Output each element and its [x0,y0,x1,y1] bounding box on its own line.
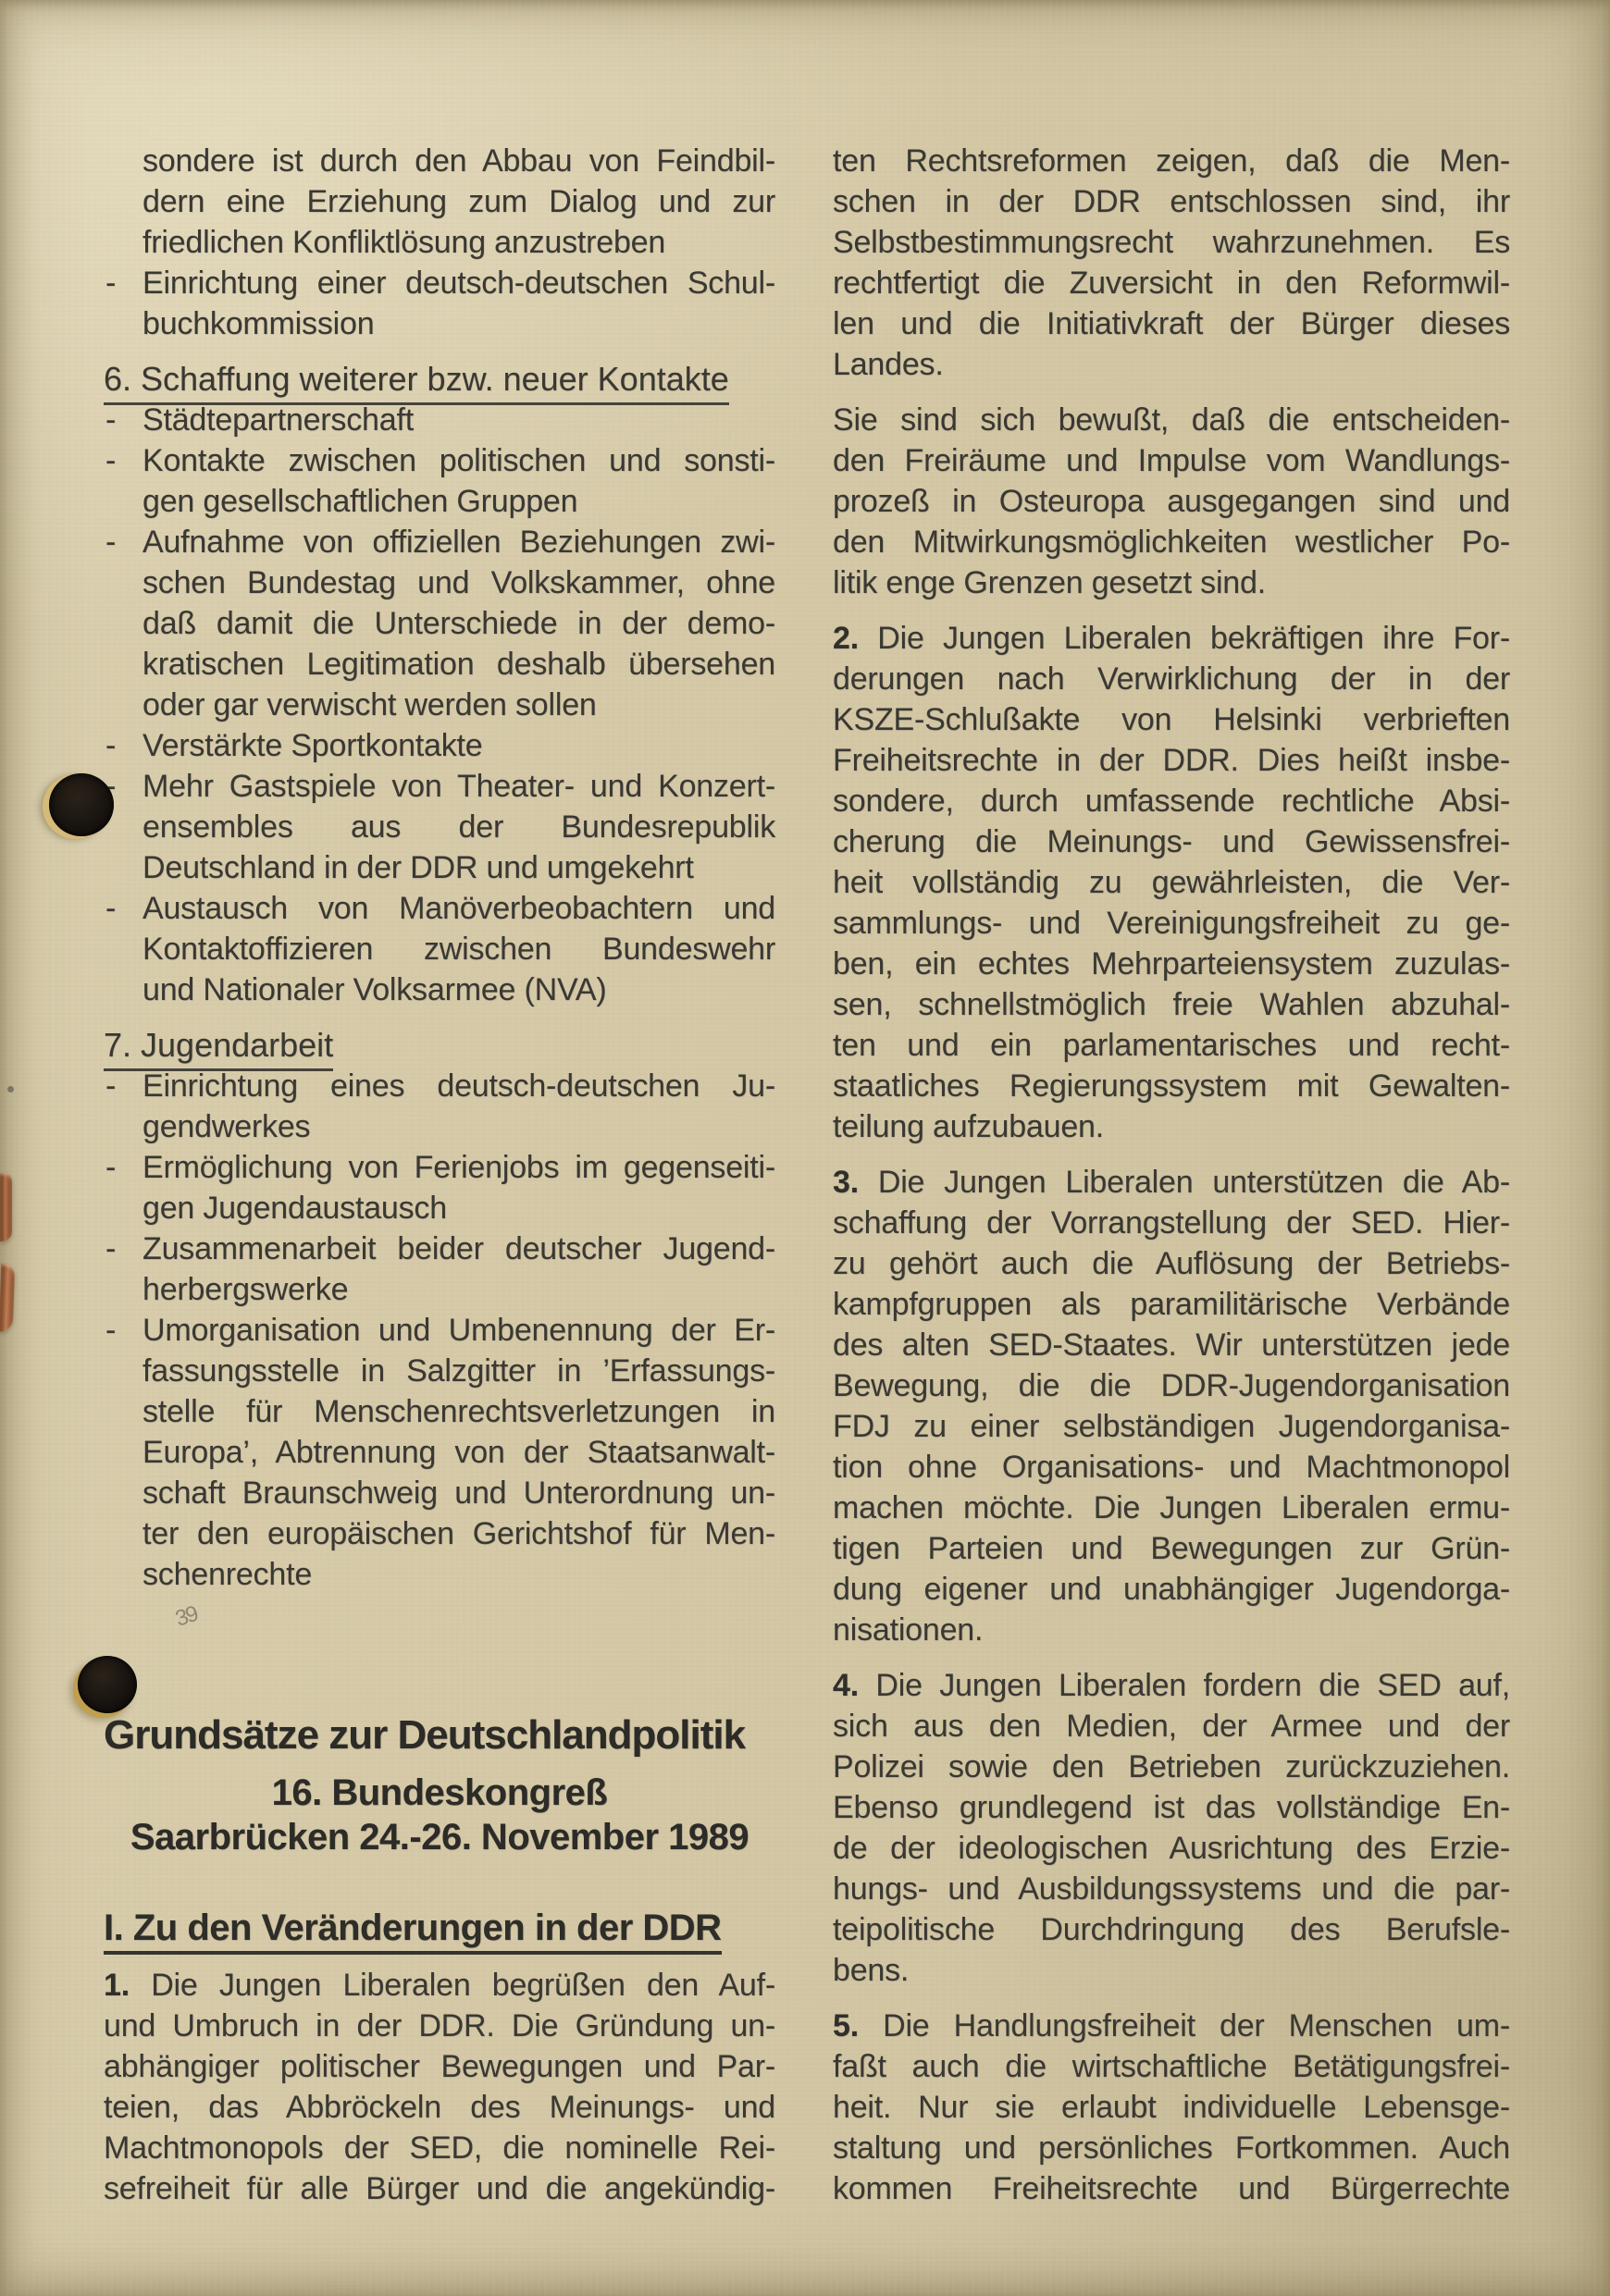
text-line: Austausch von Manöverbeobachtern und [142,888,775,929]
text-line: gendwerkes [142,1106,775,1147]
bullet-dash: - [104,1228,142,1269]
text-line: schenrechte [142,1554,775,1595]
text-line: 2. Die Jungen Liberalen bekräftigen ihre… [833,618,1510,659]
paragraph-4: 4. Die Jungen Liberalen fordern die SED … [833,1665,1510,1991]
text-line: stelle für Menschenrechtsverletzungen in [142,1391,775,1432]
text-line: herbergswerke [142,1269,775,1310]
bullet-dash: - [104,1147,142,1188]
text-line: Deutschland in der DDR und umgekehrt [142,847,775,888]
text-line: schen Bundestag und Volkskammer, ohne [142,562,775,603]
bullet-dash: - [104,725,142,766]
text-line: kratischen Legitimation deshalb übersehe… [142,644,775,685]
bullet-dash: - [104,888,142,929]
heading-neue-kontakte: 6. Schaffung weiterer bzw. neuer Kontakt… [104,359,775,400]
document-title: Grundsätze zur Deutschlandpolitik [104,1711,775,1759]
bullet-jugendherbergswerke: -Zusammenarbeit beider deutscher Jugend-… [104,1228,775,1310]
text-line: Sie sind sich bewußt, daß die entscheide… [833,400,1510,440]
text-line: Mehr Gastspiele von Theater- und Konzert… [142,766,775,807]
text-line: gen Jugendaustausch [142,1188,775,1228]
text-line: faßt auch die wirtschaftliche Betätigung… [833,2046,1510,2087]
bullet-sportkontakte: -Verstärkte Sportkontakte [104,725,775,766]
heading-text: 16. Bundeskongreß [272,1772,608,1813]
punch-hole-top [49,773,114,836]
text-line: Ebenso grundlegend ist das vollständige … [833,1787,1510,1828]
bullet-schulbuchkommission: -Einrichtung einer deutsch-deutschen Sch… [104,263,775,344]
text-line: den Freiräume und Impulse vom Wandlungs- [833,440,1510,481]
text-line: buchkommission [142,303,775,344]
text-line: hungs- und Ausbildungssystems und die pa… [833,1869,1510,1909]
text-line: 5. Die Handlungsfreiheit der Menschen um… [833,2006,1510,2046]
text-line: tion ohne Organisations- und Machtmonopo… [833,1447,1510,1487]
text-line: 1. Die Jungen Liberalen begrüßen den Auf… [104,1965,775,2006]
paragraph-3: 3. Die Jungen Liberalen unterstützen die… [833,1162,1510,1650]
text-line: heit vollständig zu gewährleisten, die V… [833,862,1510,903]
text-line: cherung die Meinungs- und Gewissensfrei- [833,821,1510,862]
chapter-veraenderungen-ddr: I. Zu den Veränderungen in der DDR [104,1906,775,1950]
text-line: gen gesellschaftlichen Gruppen [142,481,775,522]
text-line: abhängiger politischer Bewegungen und Pa… [104,2046,775,2087]
text-line: Zusammenarbeit beider deutscher Jugend- [142,1228,775,1269]
text-line: heit. Nur sie erlaubt individuelle Leben… [833,2087,1510,2128]
bullet-bundestag-volkskammer: -Aufnahme von offiziellen Beziehungen zw… [104,522,775,725]
text-line: friedlichen Konfliktlösung anzustreben [142,222,775,263]
paragraph-5: 5. Die Handlungsfreiheit der Menschen um… [833,2006,1510,2209]
congress-line: 16. Bundeskongreß [104,1771,775,1815]
text-line: daß damit die Unterschiede in der demo- [142,603,775,644]
bullet-dash: - [104,1310,142,1351]
text-line: KSZE-Schlußakte von Helsinki verbrieften [833,699,1510,740]
bullet-dash: - [104,263,142,303]
text-line: tigen Parteien und Bewegungen zur Grün- [833,1528,1510,1569]
bullet-text: Kontakte zwischen politischen und sonsti… [142,440,775,522]
heading-text: 6. Schaffung weiterer bzw. neuer Kontakt… [104,360,729,405]
bullet-text: Austausch von Manöverbeobachtern undKont… [142,888,775,1010]
text-line: dung eigener und unabhängiger Jugendorga… [833,1569,1510,1610]
text-line: Landes. [833,344,1510,385]
paragraph-1-continued: ten Rechtsreformen zeigen, daß die Men-s… [833,141,1510,385]
heading-text: Saarbrücken 24.-26. November 1989 [130,1817,749,1858]
text-line: sefreiheit für alle Bürger und die angek… [104,2168,775,2209]
heading-jugendarbeit: 7. Jugendarbeit [104,1025,775,1066]
bullet-text: Einrichtung eines deutsch-deutschen Ju-g… [142,1066,775,1147]
text-line: sammlungs- und Vereinigungsfreiheit zu g… [833,903,1510,944]
text-line: kampfgruppen als paramilitärische Verbän… [833,1284,1510,1325]
bullet-text: Ermöglichung von Ferienjobs im gegenseit… [142,1147,775,1228]
bullet-jugendwerk: -Einrichtung eines deutsch-deutschen Ju-… [104,1066,775,1147]
text-line: prozeß in Osteuropa ausgegangen sind und [833,481,1510,522]
text-line: derungen nach Verwirklichung der in der [833,659,1510,699]
text-line: Städtepartnerschaft [142,400,775,440]
bullet-staedtepartnerschaft: -Städtepartnerschaft [104,400,775,440]
text-line: ter den europäischen Gerichtshof für Men… [142,1513,775,1554]
bullet-continuation-feindbilder: sondere ist durch den Abbau von Feindbil… [104,141,775,263]
text-line: staltung und persönliches Fortkommen. Au… [833,2128,1510,2168]
bullet-text: Mehr Gastspiele von Theater- und Konzert… [142,766,775,888]
text-line: teilung aufzubauen. [833,1106,1510,1147]
text-line: teipolitische Durchdringung des Berufsle… [833,1909,1510,1950]
bullet-text: Städtepartnerschaft [142,400,775,440]
bullet-text: Zusammenarbeit beider deutscher Jugend-h… [142,1228,775,1310]
text-line: Einrichtung einer deutsch-deutschen Schu… [142,263,775,303]
text-line: kommen Freiheitsrechte und Bürgerrechte [833,2168,1510,2209]
text-line: len und die Initiativkraft der Bürger di… [833,303,1510,344]
location-date-line: Saarbrücken 24.-26. November 1989 [104,1815,775,1859]
copper-staple-mark-bottom [0,1264,15,1332]
bullet-text: Verstärkte Sportkontakte [142,725,775,766]
right-column: ten Rechtsreformen zeigen, daß die Men-s… [833,141,1510,2209]
text-line: Selbstbestimmungsrecht wahrzunehmen. Es [833,222,1510,263]
paragraph-number: 1. [104,1968,130,2003]
text-line: ben, ein echtes Mehrparteiensystem zuzul… [833,944,1510,984]
bullet-text: Umorganisation und Umbenennung der Er-fa… [142,1310,775,1595]
text-line: teien, das Abbröckeln des Meinungs- und [104,2087,775,2128]
text-line: zu gehört auch die Auflösung der Betrieb… [833,1243,1510,1284]
bullet-dash: - [104,1066,142,1106]
bullet-dash: - [104,440,142,481]
paragraph-number: 3. [833,1165,859,1200]
text-line: sondere, durch umfassende rechtliche Abs… [833,781,1510,821]
text-line: de der ideologischen Ausrichtung des Erz… [833,1828,1510,1869]
text-line: den Mitwirkungsmöglichkeiten westlicher … [833,522,1510,562]
text-line: Europa’, Abtrennung von der Staatsanwalt… [142,1432,775,1473]
paragraph-2: 2. Die Jungen Liberalen bekräftigen ihre… [833,618,1510,1147]
paragraph-1: 1. Die Jungen Liberalen begrüßen den Auf… [104,1965,775,2209]
text-line: FDJ zu einer selbständigen Jugendorganis… [833,1406,1510,1447]
bullet-manoeverbeobachter: -Austausch von Manöverbeobachtern undKon… [104,888,775,1010]
text-line: sen, schnellstmöglich freie Wahlen abzuh… [833,984,1510,1025]
paragraph-bewusst: Sie sind sich bewußt, daß die entscheide… [833,400,1510,603]
text-line: Verstärkte Sportkontakte [142,725,775,766]
text-line: ensembles aus der Bundesrepublik [142,807,775,847]
text-line: machen möchte. Die Jungen Liberalen ermu… [833,1487,1510,1528]
bullet-dash: - [104,522,142,562]
text-line: schen in der DDR entschlossen sind, ihr [833,181,1510,222]
bullet-gastspiele: -Mehr Gastspiele von Theater- und Konzer… [104,766,775,888]
text-line: bens. [833,1950,1510,1991]
text-line: Aufnahme von offiziellen Beziehungen zwi… [142,522,775,562]
text-line: staatliches Regierungssystem mit Gewalte… [833,1066,1510,1106]
left-column: sondere ist durch den Abbau von Feindbil… [104,141,775,2209]
text-line: Polizei sowie den Betrieben zurückzuzieh… [833,1747,1510,1787]
bullet-dash: - [104,400,142,440]
text-line: des alten SED-Staates. Wir unterstützen … [833,1325,1510,1365]
text-line: sondere ist durch den Abbau von Feindbil… [142,141,775,181]
bullet-salzgitter: -Umorganisation und Umbenennung der Er-f… [104,1310,775,1595]
paragraph-number: 2. [833,621,859,656]
text-line: Bewegung, die die DDR-Jugendorganisation [833,1365,1510,1406]
text-line: fassungsstelle in Salzgitter in ’Erfassu… [142,1351,775,1391]
text-line: Machtmonopols der SED, die nominelle Rei… [104,2128,775,2168]
bullet-text: Einrichtung einer deutsch-deutschen Schu… [142,263,775,344]
text-line: ten Rechtsreformen zeigen, daß die Men- [833,141,1510,181]
text-line: ten und ein parlamentarisches und recht- [833,1025,1510,1066]
text-line: schaft Braunschweig und Unterordnung un- [142,1473,775,1513]
bullet-kontakte-gruppen: -Kontakte zwischen politischen und sonst… [104,440,775,522]
heading-text: 7. Jugendarbeit [104,1026,333,1071]
text-line: rechtfertigt die Zuversicht in den Refor… [833,263,1510,303]
bullet-text: Aufnahme von offiziellen Beziehungen zwi… [142,522,775,725]
text-line: Freiheitsrechte in der DDR. Dies heißt i… [833,740,1510,781]
text-line: litik enge Grenzen gesetzt sind. [833,562,1510,603]
paper-speck [7,1086,14,1092]
text-line: 3. Die Jungen Liberalen unterstützen die… [833,1162,1510,1203]
text-line: Umorganisation und Umbenennung der Er- [142,1310,775,1351]
text-line: Ermöglichung von Ferienjobs im gegenseit… [142,1147,775,1188]
bullet-ferienjobs: -Ermöglichung von Ferienjobs im gegensei… [104,1147,775,1228]
text-line: 4. Die Jungen Liberalen fordern die SED … [833,1665,1510,1706]
paragraph-number: 4. [833,1668,859,1703]
text-line: Kontaktoffizieren zwischen Bundeswehr [142,929,775,969]
scanned-document-page: sondere ist durch den Abbau von Feindbil… [0,0,1610,2296]
text-line: sich aus den Medien, der Armee und der [833,1706,1510,1747]
paragraph-number: 5. [833,2008,859,2043]
copper-staple-mark-top [0,1173,12,1241]
text-line: und Nationaler Volksarmee (NVA) [142,969,775,1010]
heading-text: Grundsätze zur Deutschlandpolitik [104,1712,745,1758]
text-line: dern eine Erziehung zum Dialog und zur [142,181,775,222]
text-line: oder gar verwischt werden sollen [142,685,775,725]
bullet-text: sondere ist durch den Abbau von Feindbil… [142,141,775,263]
punch-hole-bottom [78,1656,137,1713]
text-line: Kontakte zwischen politischen und sonsti… [142,440,775,481]
text-line: schaffung der Vorrangstellung der SED. H… [833,1203,1510,1243]
heading-text: I. Zu den Veränderungen in der DDR [104,1907,722,1955]
text-line: und Umbruch in der DDR. Die Gründung un- [104,2006,775,2046]
text-line: Einrichtung eines deutsch-deutschen Ju- [142,1066,775,1106]
text-line: nisationen. [833,1610,1510,1650]
